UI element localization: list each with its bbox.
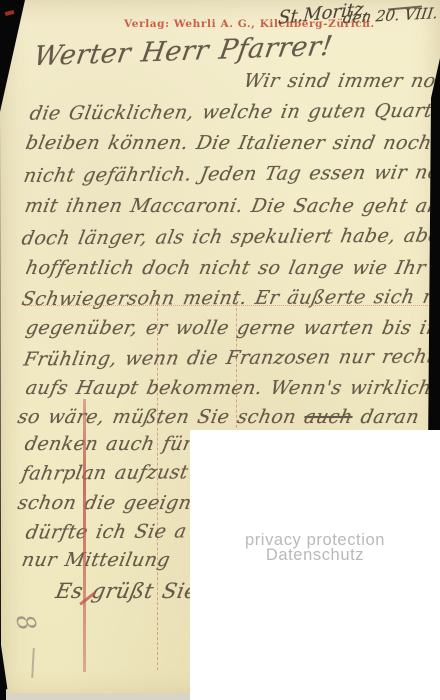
red-dashed-line — [157, 298, 158, 670]
privacy-overlay: privacy protection Datenschutz — [190, 430, 440, 700]
strike-post: daran — [350, 406, 421, 428]
red-margin-line — [83, 399, 86, 672]
handwritten-line: Frühling, wenn die Franzosen nur recht — [24, 346, 435, 371]
handwritten-line: mit ihnen Maccaroni. Die Sache geht aber — [25, 195, 440, 217]
salutation: Werter Herr Pfarrer! — [34, 31, 333, 72]
opening-line: Wir sind immer noch — [244, 70, 440, 92]
handwritten-line: denken auch für — [25, 433, 193, 455]
handwritten-line: doch länger, als ich spekuliert habe, ab… — [22, 225, 440, 250]
pencil-mark: 8 — [10, 612, 42, 634]
red-dashed-line — [236, 298, 237, 438]
handwritten-line: bleiben können. Die Italiener sind noch — [26, 132, 432, 154]
closing-line: Es grüßt Sie — [56, 579, 197, 603]
red-dotted-underline — [24, 305, 432, 306]
handwritten-line: hoffentlich doch nicht so lange wie Ihr — [26, 257, 426, 279]
handwritten-line: dürfte ich Sie a — [26, 520, 187, 543]
red-corner-fleck — [5, 10, 15, 16]
handwritten-line-with-strikethrough: so wäre, müßten Sie schon auch daran — [18, 406, 419, 428]
handwritten-line: Schwiegersohn meint. Er äußerte sich mir — [22, 286, 440, 310]
pencil-stroke — [31, 648, 35, 678]
photo-background: Verlag: Wehrli A. G., Kilchberg-Zürich. … — [0, 0, 440, 700]
handwritten-line: aufs Haupt bekommen. Wenn's wirklich — [26, 377, 431, 399]
handwritten-line: die Glücklichen, welche in guten Quartie… — [30, 99, 440, 124]
handwritten-line: schon die geeignet — [18, 492, 211, 514]
privacy-overlay-text: privacy protection Datenschutz — [190, 533, 440, 562]
strikethrough-word: auch — [302, 406, 354, 428]
handwritten-line: gegenüber, er wolle gerne warten bis im — [26, 317, 440, 339]
handwritten-line: nur Mitteilung — [22, 549, 170, 571]
privacy-overlay-text-de: Datenschutz — [190, 548, 440, 562]
handwritten-line: nicht gefährlich. Jeden Tag essen wir no… — [24, 161, 440, 187]
strike-pre: so wäre, müßten Sie schon — [16, 406, 307, 428]
handwritten-line: fahrplan aufzust — [22, 461, 188, 484]
